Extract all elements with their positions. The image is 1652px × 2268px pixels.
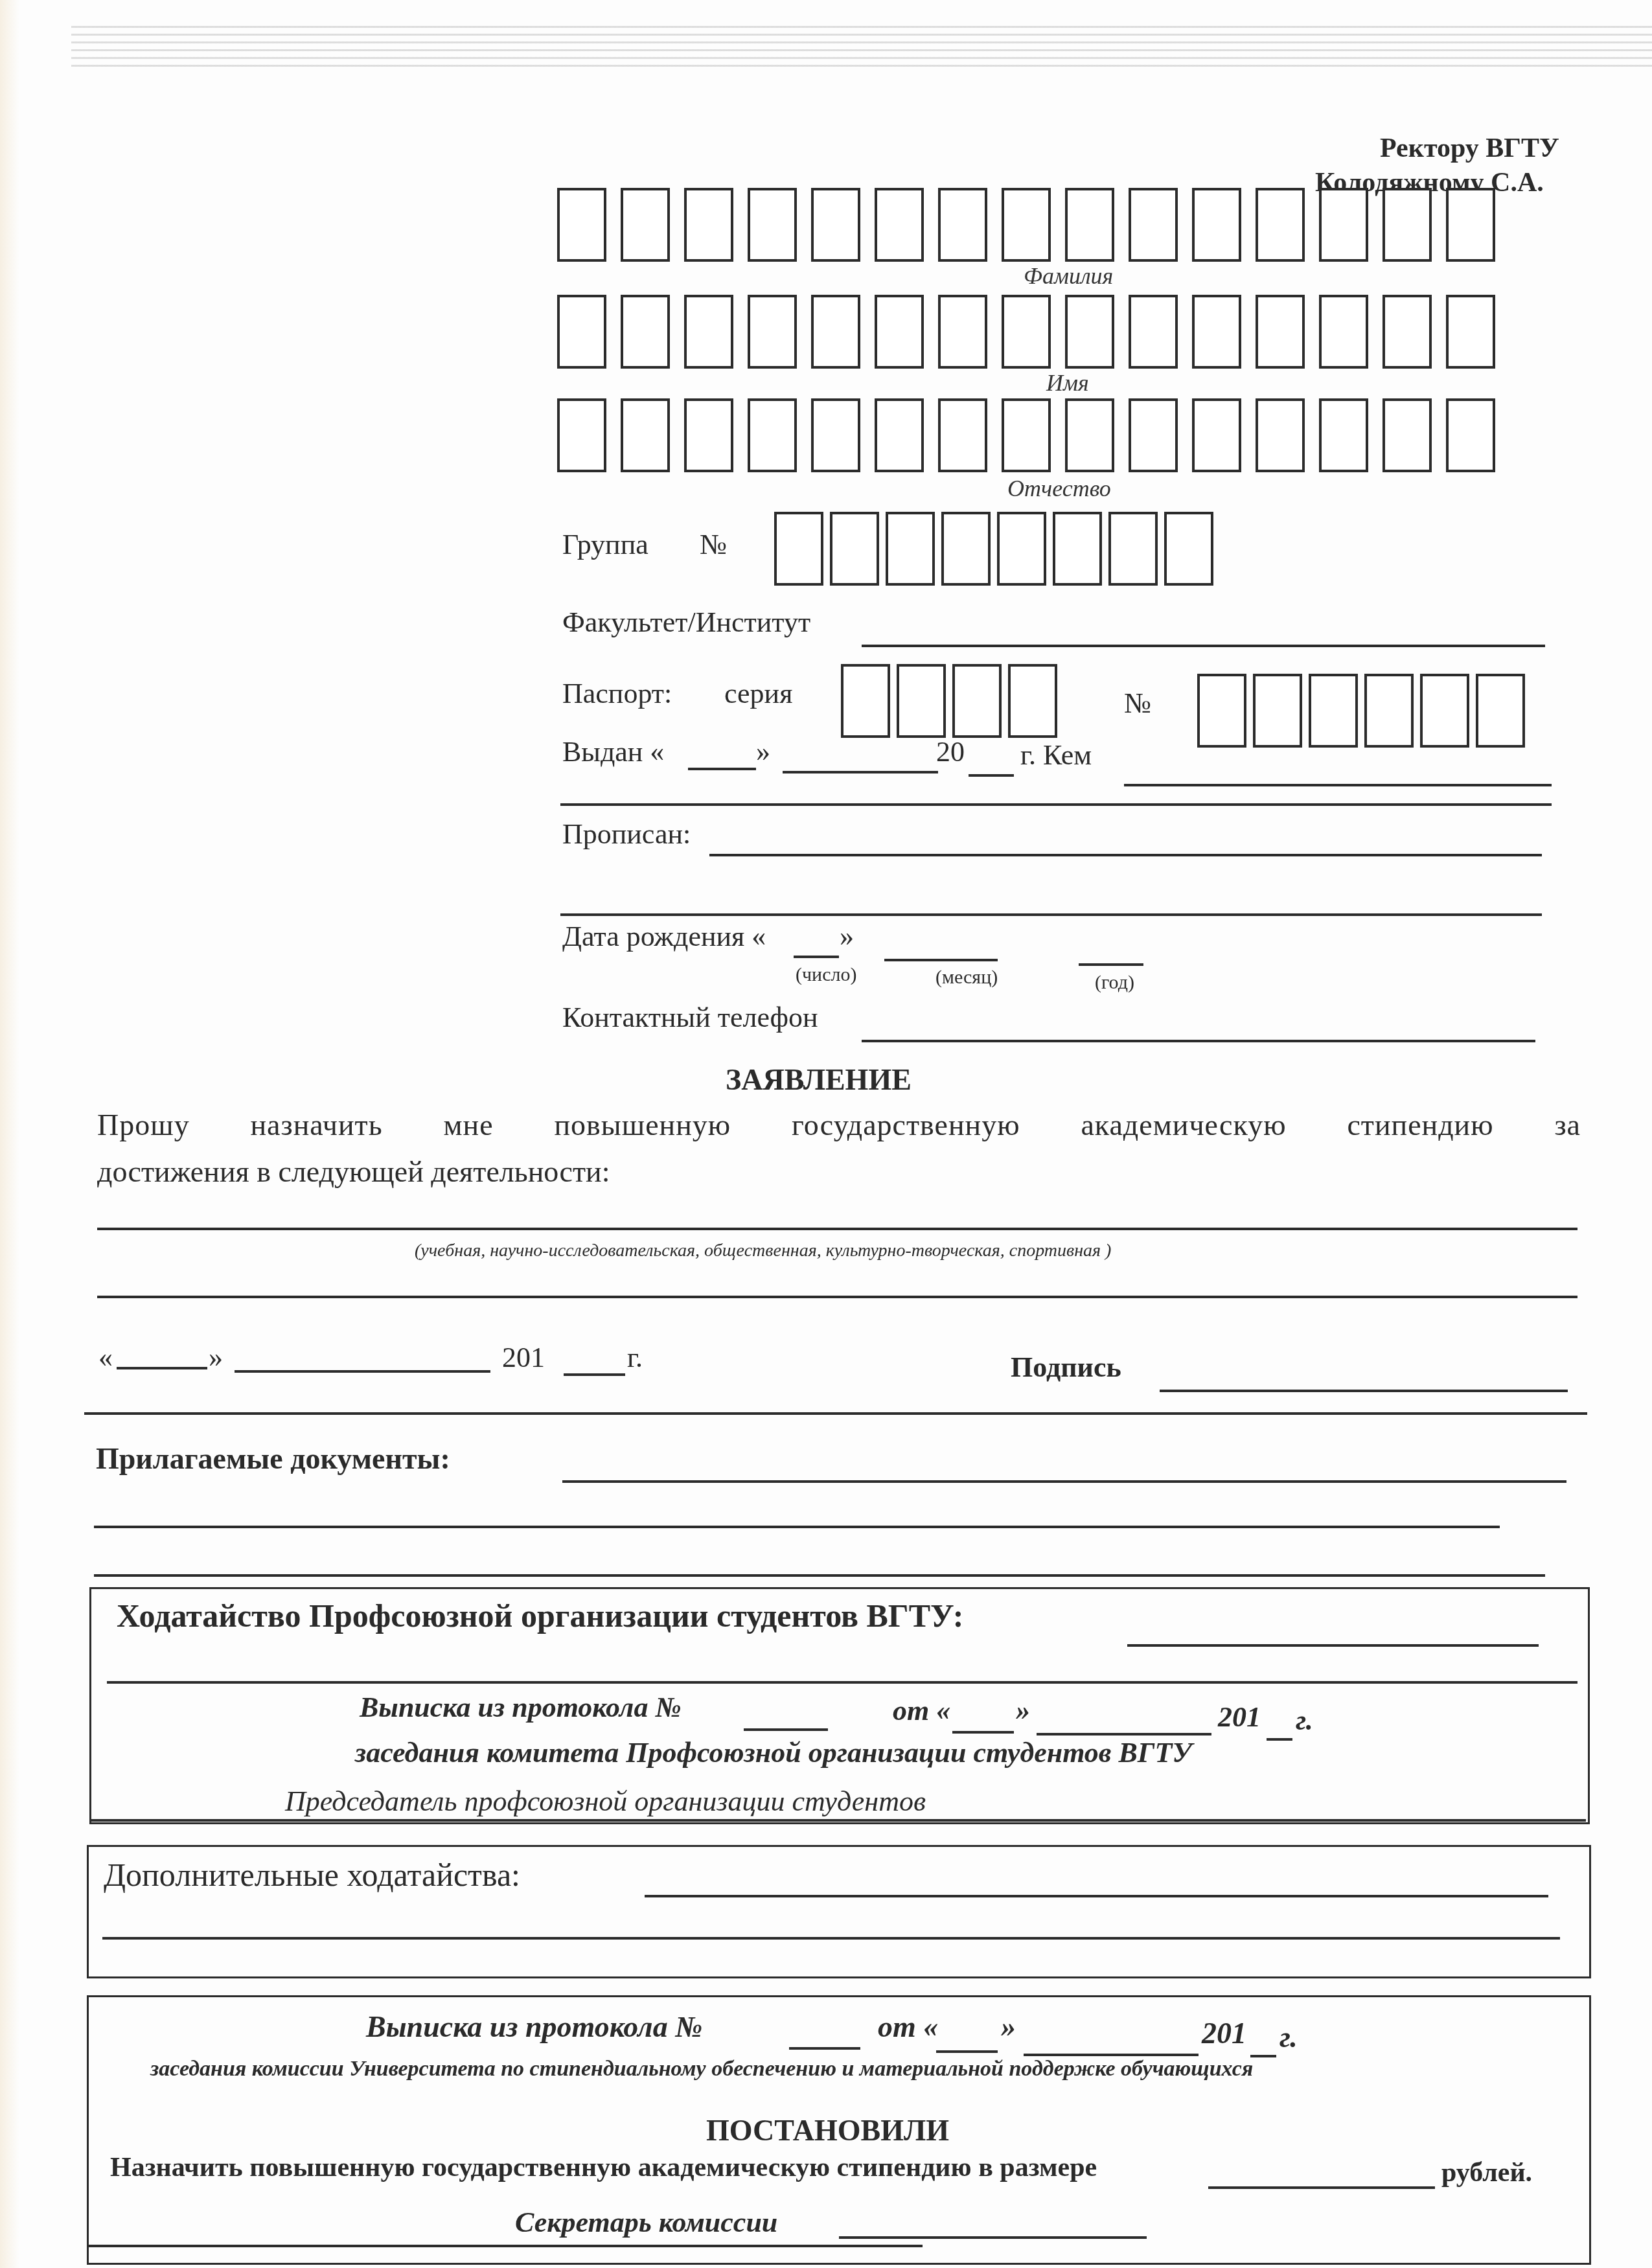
statement-body-line-1: Прошу назначить мне повышенную государст…	[97, 1108, 1581, 1142]
commission-extract-close-quote: »	[1001, 2010, 1016, 2044]
attachments-label: Прилагаемые документы:	[96, 1441, 450, 1476]
attachments-input-1[interactable]	[566, 1448, 1566, 1480]
birth-month-caption: (месяц)	[935, 967, 998, 989]
char-box[interactable]	[830, 512, 879, 586]
activity-underline-1	[97, 1228, 1577, 1230]
stipend-amount-input[interactable]	[1211, 2154, 1434, 2186]
char-box[interactable]	[811, 398, 860, 472]
activity-input-1[interactable]	[100, 1195, 1577, 1228]
statement-body-line-2: достижения в следующей деятельности:	[97, 1154, 610, 1189]
union-chairman-underline	[89, 1819, 1586, 1822]
union-chairman-label: Председатель профсоюзной организации сту…	[285, 1785, 926, 1818]
attachments-underline-1	[562, 1480, 1566, 1483]
birth-date-label: Дата рождения «	[562, 920, 766, 953]
birth-month-underline[interactable]	[884, 959, 998, 961]
statement-date-open-quote: «	[98, 1341, 113, 1374]
attachments-input-2[interactable]	[97, 1493, 1499, 1526]
char-box[interactable]	[1382, 188, 1432, 262]
issued-day-underline[interactable]	[688, 768, 756, 770]
char-box[interactable]	[1256, 188, 1305, 262]
union-extract-month-underline[interactable]	[1037, 1733, 1211, 1735]
char-box[interactable]	[875, 188, 924, 262]
activity-underline-2	[97, 1296, 1577, 1298]
application-form-page: Ректору ВГТУ Колодяжному С.А. Фамилия Им…	[0, 0, 1652, 2268]
faculty-input[interactable]	[865, 612, 1541, 645]
group-label: Группа	[562, 528, 648, 561]
char-box[interactable]	[841, 664, 890, 738]
attachments-input-3[interactable]	[97, 1542, 1544, 1574]
union-extract-label: Выписка из протокола №	[360, 1691, 682, 1724]
registered-label: Прописан:	[562, 818, 691, 851]
char-box[interactable]	[1309, 674, 1358, 748]
char-box[interactable]	[748, 188, 797, 262]
char-box[interactable]	[1476, 674, 1525, 748]
issued-by-underline-2	[560, 803, 1552, 806]
signature-underline[interactable]	[1160, 1390, 1568, 1392]
statement-year-suffix: г.	[627, 1341, 643, 1374]
union-extract-from: от «	[893, 1694, 950, 1727]
char-box[interactable]	[1446, 398, 1495, 472]
faculty-underline	[862, 645, 1545, 647]
union-extract-year-suffix: г.	[1296, 1704, 1313, 1737]
issued-close-quote: »	[756, 735, 770, 768]
commission-extract-month-underline[interactable]	[1024, 2054, 1199, 2056]
birth-date-close-quote: »	[840, 920, 854, 953]
signature-label: Подпись	[1011, 1351, 1121, 1384]
char-box[interactable]	[1253, 674, 1302, 748]
passport-series-char-boxes[interactable]	[841, 664, 1057, 738]
commission-extract-from: от «	[878, 2010, 938, 2044]
faculty-label: Факультет/Институт	[562, 606, 810, 639]
char-box[interactable]	[1002, 398, 1051, 472]
secretary-label: Секретарь комиссии	[515, 2206, 777, 2239]
passport-number-sign: №	[1124, 687, 1151, 720]
statement-month-underline[interactable]	[235, 1370, 490, 1373]
commission-extract-day-underline[interactable]	[936, 2050, 998, 2053]
char-box[interactable]	[941, 512, 991, 586]
addressee-line-1: Ректору ВГТУ	[1380, 133, 1559, 164]
scan-edge-shadow	[0, 0, 19, 2268]
char-box[interactable]	[1008, 664, 1057, 738]
phone-underline	[862, 1040, 1535, 1042]
surname-label: Фамилия	[1024, 262, 1113, 290]
issued-month-underline[interactable]	[783, 771, 938, 773]
additional-petitions-underline-2	[102, 1937, 1560, 1940]
char-box[interactable]	[1382, 295, 1432, 369]
char-box[interactable]	[1053, 512, 1102, 586]
char-box[interactable]	[1065, 295, 1114, 369]
char-box[interactable]	[875, 398, 924, 472]
union-extract-day-underline[interactable]	[952, 1731, 1014, 1734]
char-box[interactable]	[1065, 398, 1114, 472]
char-box[interactable]	[938, 295, 987, 369]
char-box[interactable]	[1256, 295, 1305, 369]
passport-label: Паспорт:	[562, 677, 672, 710]
commission-extract-year-prefix: 201	[1202, 2016, 1246, 2050]
phone-input[interactable]	[865, 1007, 1535, 1040]
additional-petitions-underline-1	[645, 1895, 1548, 1897]
union-extract-year-underline[interactable]	[1267, 1738, 1292, 1741]
issued-year-prefix: 20	[936, 735, 965, 768]
phone-label: Контактный телефон	[562, 1001, 818, 1034]
char-box[interactable]	[1256, 398, 1305, 472]
commission-extract-year-suffix: г.	[1279, 2020, 1298, 2054]
group-number-char-boxes[interactable]	[774, 512, 1213, 586]
char-box[interactable]	[684, 188, 733, 262]
first-name-label: Имя	[1046, 369, 1089, 396]
char-box[interactable]	[1108, 512, 1158, 586]
additional-petitions-input-1[interactable]	[648, 1862, 1548, 1895]
char-box[interactable]	[1364, 674, 1414, 748]
char-box[interactable]	[997, 512, 1046, 586]
char-box[interactable]	[621, 188, 670, 262]
patronymic-label: Отчество	[1007, 475, 1111, 502]
statement-year-underline[interactable]	[564, 1373, 625, 1376]
attachments-underline-2	[94, 1526, 1500, 1528]
char-box[interactable]	[1192, 188, 1241, 262]
char-box[interactable]	[748, 398, 797, 472]
char-box[interactable]	[1065, 188, 1114, 262]
char-box[interactable]	[886, 512, 935, 586]
char-box[interactable]	[1319, 398, 1368, 472]
commission-extract-year-underline[interactable]	[1250, 2055, 1276, 2057]
union-petition-underline-2	[107, 1681, 1577, 1684]
union-petition-input[interactable]	[110, 1649, 1577, 1681]
activity-hint: (учебная, научно-исследовательская, обще…	[415, 1241, 1111, 1261]
union-extract-close-quote: »	[1016, 1694, 1030, 1727]
char-box[interactable]	[1164, 512, 1213, 586]
char-box[interactable]	[1129, 398, 1178, 472]
char-box[interactable]	[938, 188, 987, 262]
union-extract-number-underline[interactable]	[744, 1728, 828, 1731]
first-name-char-boxes[interactable]	[557, 295, 1495, 369]
char-box[interactable]	[875, 295, 924, 369]
resolution-text: Назначить повышенную государственную ака…	[110, 2152, 1097, 2183]
char-box[interactable]	[748, 295, 797, 369]
char-box[interactable]	[1129, 295, 1178, 369]
char-box[interactable]	[952, 664, 1002, 738]
additional-petitions-input-2[interactable]	[106, 1905, 1559, 1937]
char-box[interactable]	[1382, 398, 1432, 472]
char-box[interactable]	[1420, 674, 1469, 748]
passport-series-label: серия	[724, 677, 792, 710]
char-box[interactable]	[811, 295, 860, 369]
registered-address-input[interactable]	[713, 821, 1541, 854]
scan-noise-header	[71, 26, 1652, 71]
statement-day-underline[interactable]	[117, 1367, 207, 1369]
issued-by-label: г. Кем	[1020, 739, 1092, 772]
statement-year-prefix: 201	[502, 1341, 545, 1374]
stipend-amount-underline	[1208, 2186, 1435, 2189]
attachments-underline-3	[94, 1574, 1545, 1577]
char-box[interactable]	[1002, 188, 1051, 262]
union-meeting-line: заседания комитета Профсоюзной организац…	[355, 1736, 1192, 1769]
char-box[interactable]	[1192, 398, 1241, 472]
union-extract-year-prefix: 201	[1218, 1701, 1261, 1734]
commission-meeting-line: заседания комиссии Университета по стипе…	[150, 2057, 1253, 2081]
char-box[interactable]	[557, 398, 606, 472]
char-box[interactable]	[1002, 295, 1051, 369]
birth-day-caption: (число)	[796, 964, 856, 986]
char-box[interactable]	[774, 512, 823, 586]
char-box[interactable]	[621, 295, 670, 369]
currency-label: рублей.	[1441, 2157, 1532, 2188]
birth-year-underline[interactable]	[1079, 963, 1143, 966]
union-petition-title: Ходатайство Профсоюзной организации студ…	[117, 1597, 963, 1634]
birth-day-underline[interactable]	[794, 956, 839, 958]
char-box[interactable]	[557, 188, 606, 262]
char-box[interactable]	[557, 295, 606, 369]
char-box[interactable]	[1446, 295, 1495, 369]
char-box[interactable]	[621, 398, 670, 472]
registered-underline-1	[709, 854, 1542, 856]
additional-petitions-label: Дополнительные ходатайства:	[104, 1856, 520, 1894]
char-box[interactable]	[938, 398, 987, 472]
statement-title: ЗАЯВЛЕНИЕ	[726, 1062, 912, 1097]
patronymic-char-boxes[interactable]	[557, 398, 1495, 472]
section-divider-1	[84, 1412, 1587, 1415]
char-box[interactable]	[897, 664, 946, 738]
issued-label: Выдан «	[562, 735, 664, 768]
union-petition-underline-1	[1127, 1644, 1539, 1647]
char-box[interactable]	[1319, 295, 1368, 369]
group-number-sign: №	[700, 528, 727, 561]
passport-number-char-boxes[interactable]	[1197, 674, 1525, 748]
char-box[interactable]	[1129, 188, 1178, 262]
char-box[interactable]	[1197, 674, 1246, 748]
char-box[interactable]	[684, 295, 733, 369]
activity-input-2[interactable]	[100, 1263, 1577, 1296]
commission-extract-label: Выписка из протокола №	[366, 2010, 702, 2044]
surname-char-boxes[interactable]	[557, 188, 1495, 262]
char-box[interactable]	[1446, 188, 1495, 262]
issued-by-underline-1	[1124, 784, 1552, 786]
secretary-signature-underline[interactable]	[839, 2236, 1147, 2239]
issued-by-input[interactable]	[1127, 751, 1548, 784]
commission-extract-number-underline[interactable]	[789, 2047, 860, 2050]
commission-bottom-line	[87, 2245, 923, 2247]
birth-year-caption: (год)	[1095, 972, 1134, 994]
char-box[interactable]	[1319, 188, 1368, 262]
statement-date-close-quote: »	[209, 1341, 223, 1374]
char-box[interactable]	[684, 398, 733, 472]
resolved-title: ПОСТАНОВИЛИ	[706, 2113, 949, 2148]
char-box[interactable]	[811, 188, 860, 262]
issued-year-underline[interactable]	[969, 774, 1014, 777]
registered-underline-2	[560, 913, 1542, 916]
char-box[interactable]	[1192, 295, 1241, 369]
